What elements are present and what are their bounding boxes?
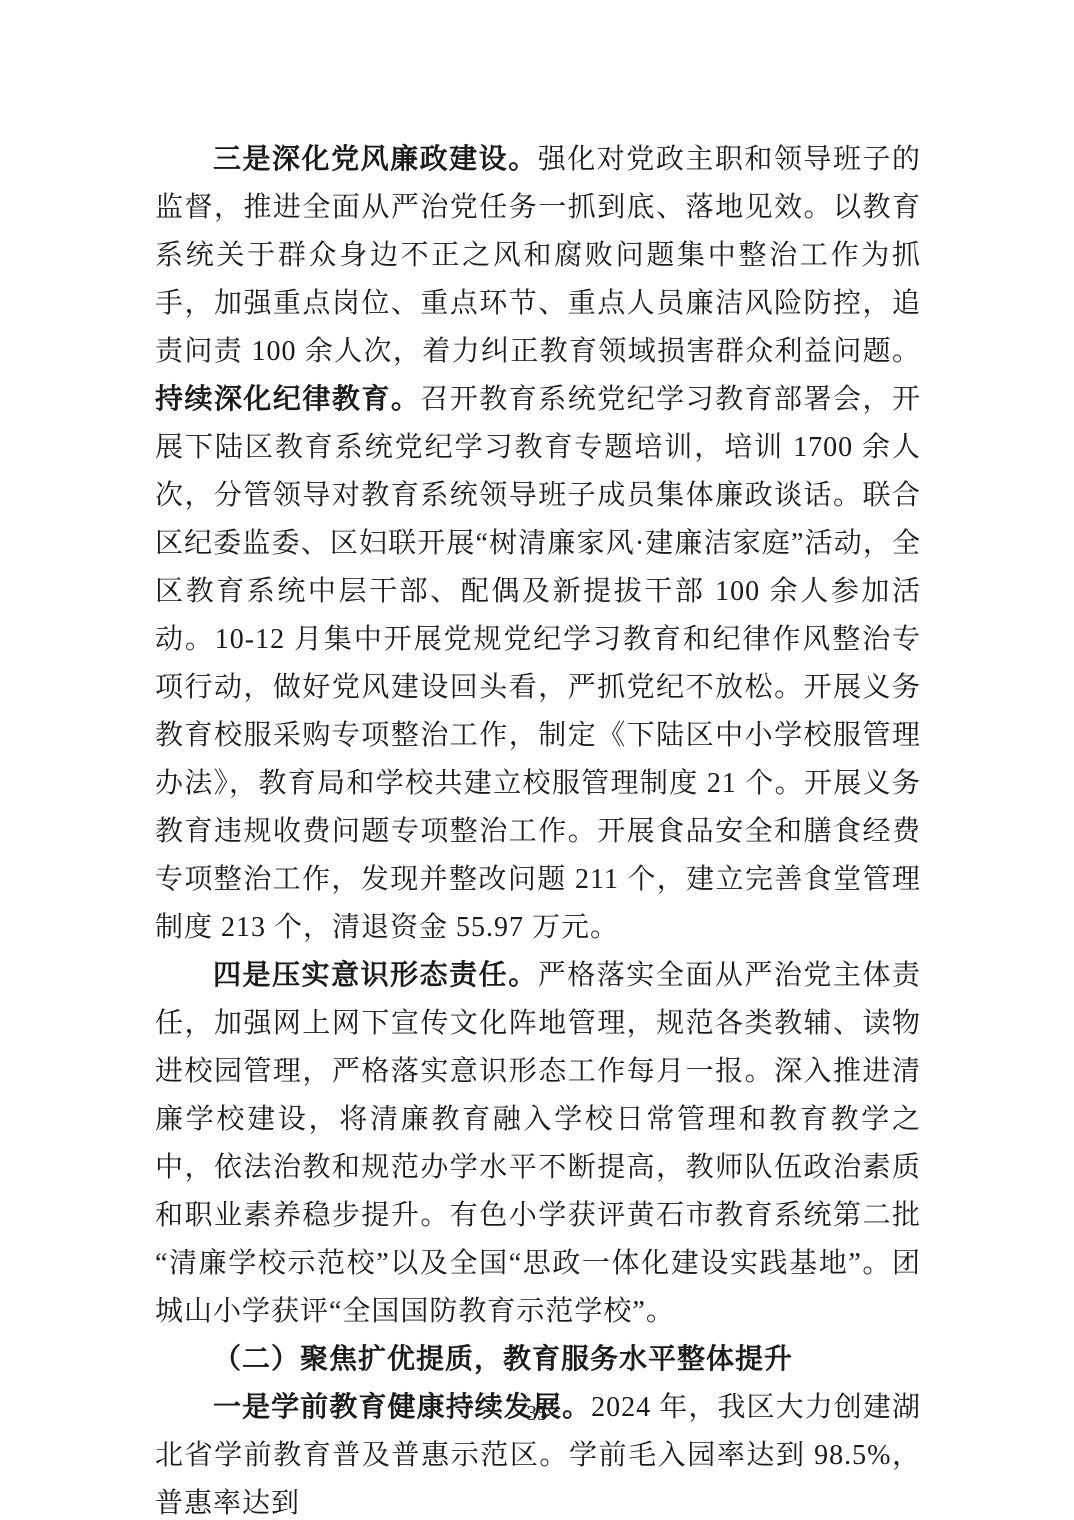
bold-run: 持续深化纪律教育。 xyxy=(155,384,420,415)
bold-run: 四是压实意识形态责任。 xyxy=(213,960,538,991)
text-run: 召开教育系统党纪学习教育部署会，开展下陆区教育系统党纪学习教育专题培训，培训 1… xyxy=(155,384,921,943)
section-heading: （二）聚焦扩优提质，教育服务水平整体提升 xyxy=(155,1336,921,1384)
body-paragraph: 三是深化党风廉政建设。强化对党政主职和领导班子的监督，推进全面从严治党任务一抓到… xyxy=(155,136,921,952)
document-page: 三是深化党风廉政建设。强化对党政主职和领导班子的监督，推进全面从严治党任务一抓到… xyxy=(0,0,1074,1520)
page-number: 35 xyxy=(0,1398,1074,1428)
bold-run: （二）聚焦扩优提质，教育服务水平整体提升 xyxy=(213,1344,793,1375)
text-block: 三是深化党风廉政建设。强化对党政主职和领导班子的监督，推进全面从严治党任务一抓到… xyxy=(155,136,921,1520)
text-run: 强化对党政主职和领导班子的监督，推进全面从严治党任务一抓到底、落地见效。以教育系… xyxy=(155,144,921,367)
body-paragraph: 四是压实意识形态责任。严格落实全面从严治党主体责任，加强网上网下宣传文化阵地管理… xyxy=(155,952,921,1336)
bold-run: 三是深化党风廉政建设。 xyxy=(213,144,538,175)
text-run: 严格落实全面从严治党主体责任，加强网上网下宣传文化阵地管理，规范各类教辅、读物进… xyxy=(155,960,921,1327)
